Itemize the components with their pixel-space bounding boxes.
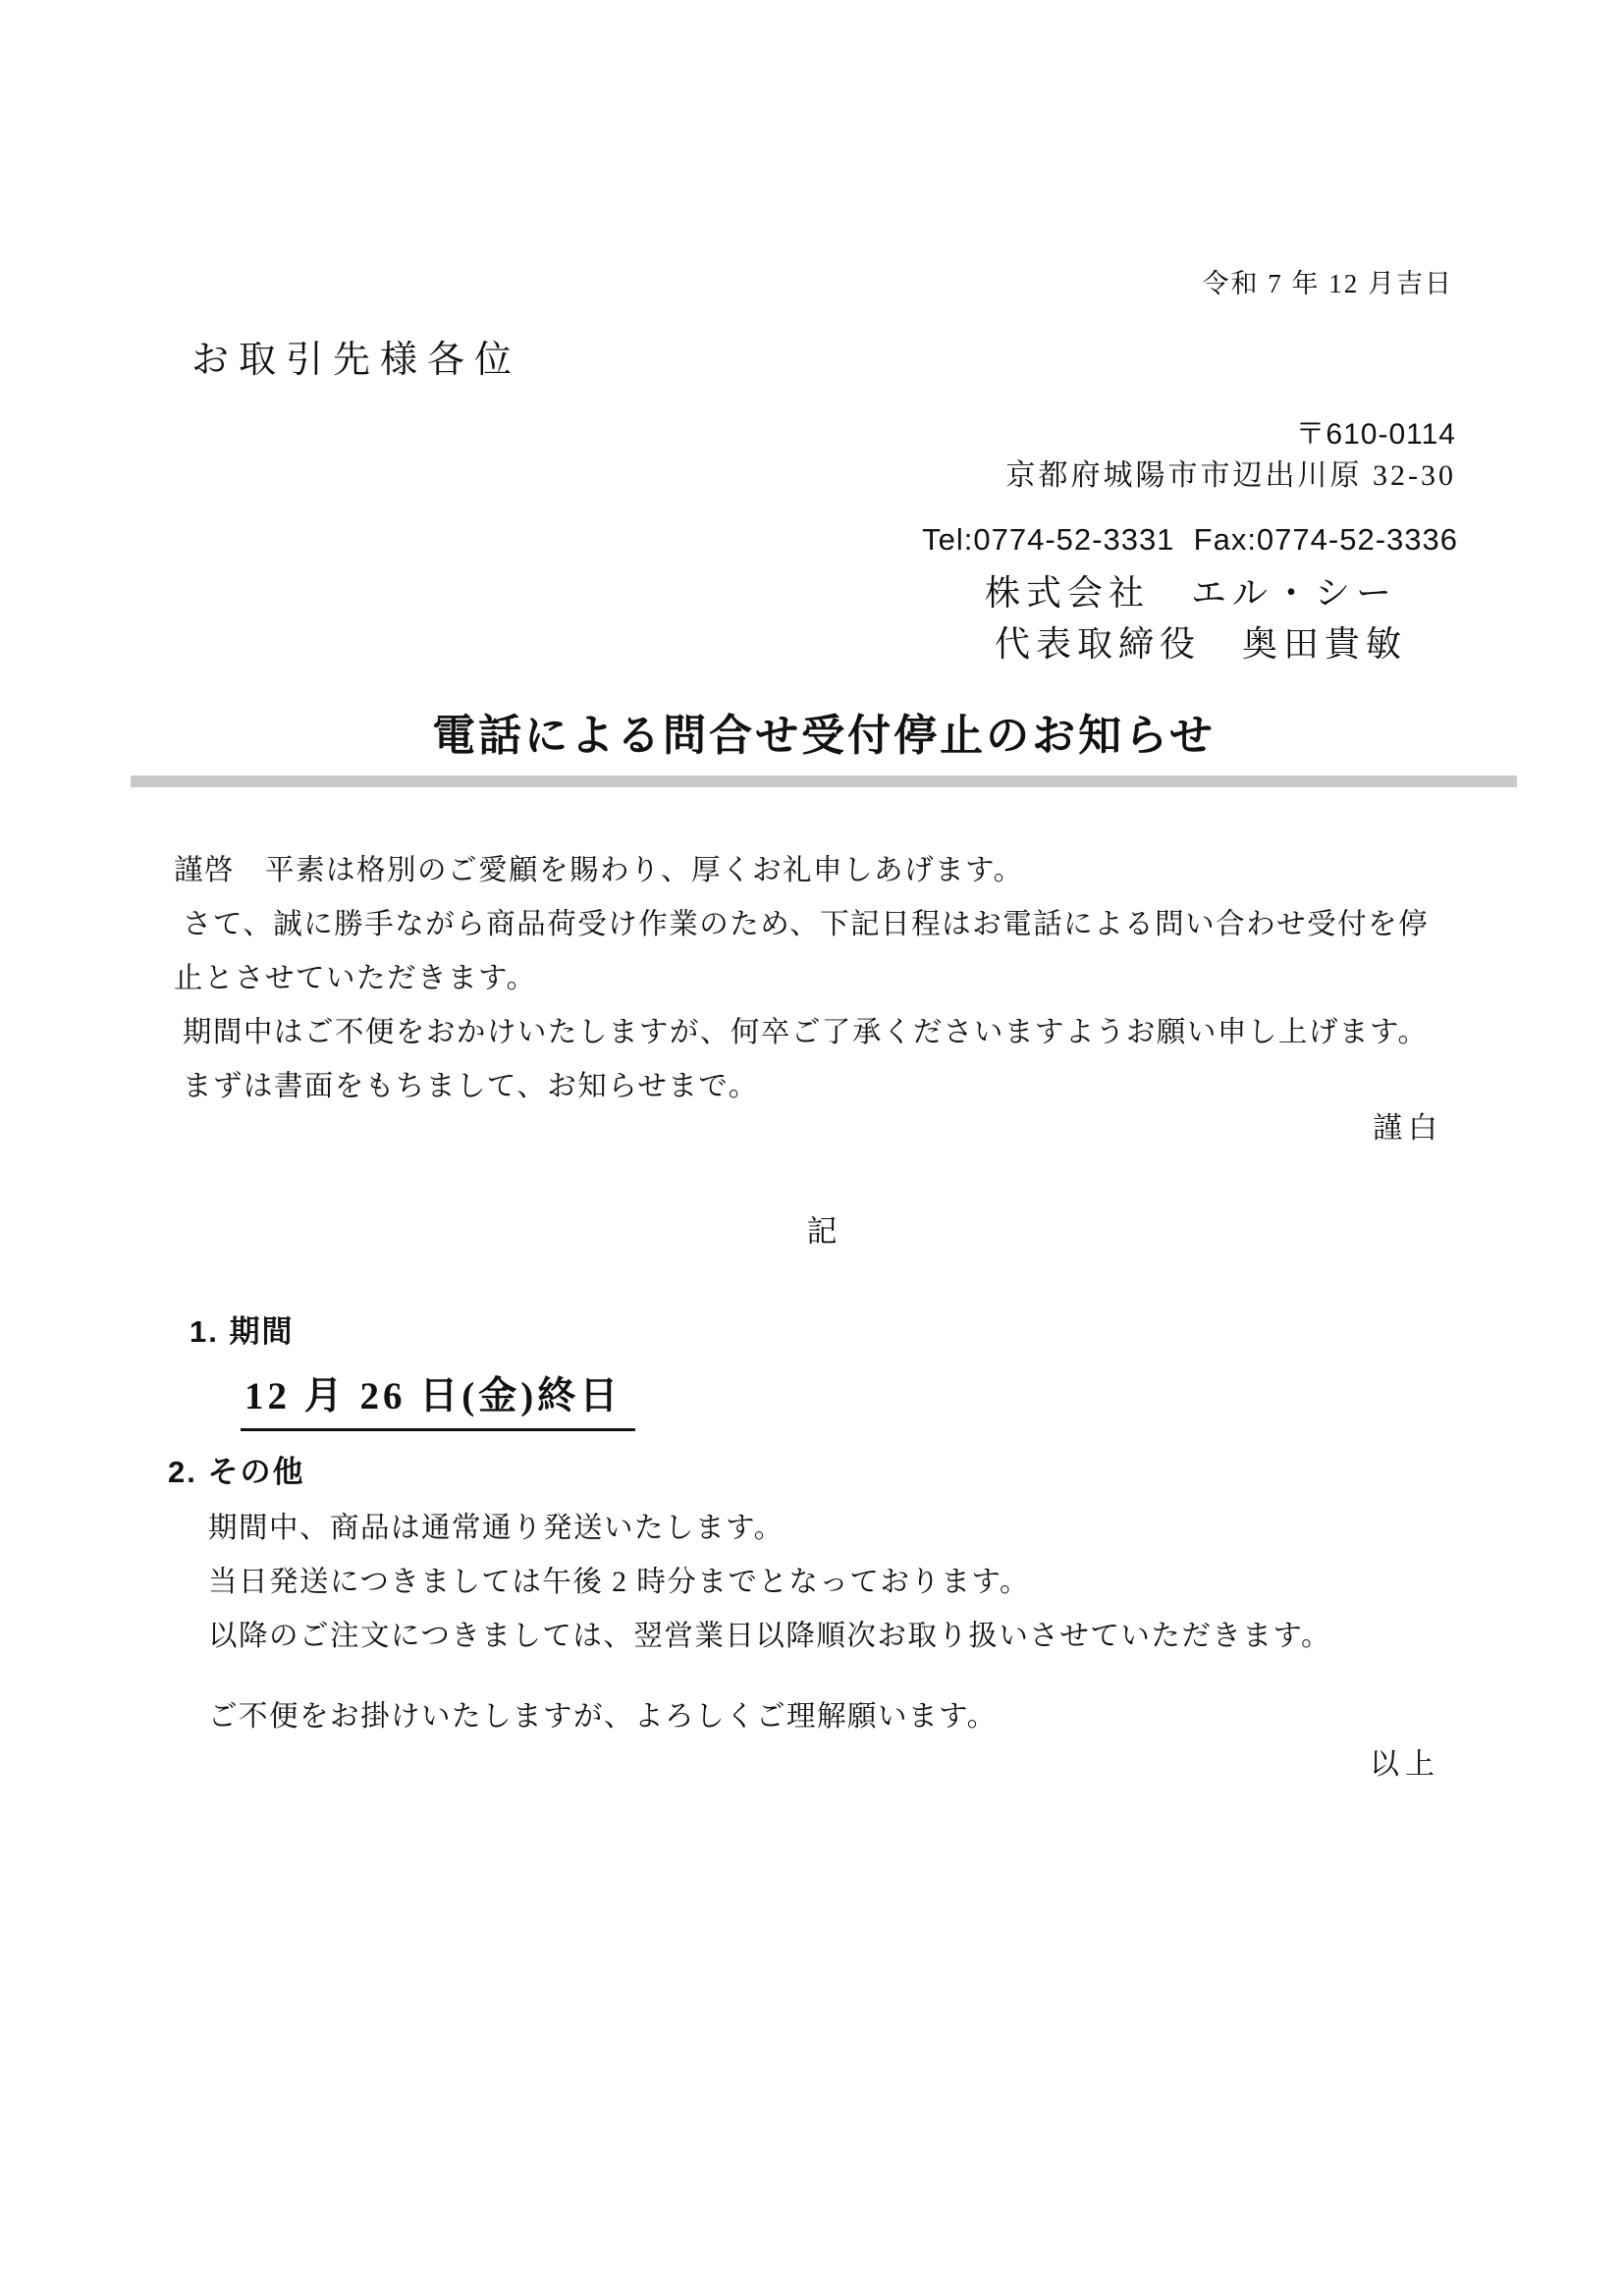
footer-marker: 以上: [131, 1744, 1440, 1786]
document-page: 令和 7 年 12 月吉日 お取引先様各位 〒610-0114 京都府城陽市市辺…: [0, 0, 1624, 2296]
body-text: 謹啓 平素は格別のご愛顧を賜わり、厚くお礼申しあげます。 さて、誠に勝手ながら商…: [174, 844, 1517, 1114]
section2-line: 当日発送につきましては午後 2 時分までとなっております。: [208, 1556, 1517, 1610]
closing-word: 謹白: [131, 1108, 1443, 1149]
representative-name: 代表取締役 奥田貴敏: [131, 618, 1407, 669]
suspension-period: 12 月 26 日(金)終日: [241, 1373, 635, 1431]
document-title: 電話による問合せ受付停止のお知らせ: [131, 709, 1517, 764]
section2-heading: 2. その他: [168, 1451, 1517, 1494]
record-marker: 記: [131, 1210, 1517, 1254]
section2-line: 期間中、商品は通常通り発送いたします。: [208, 1502, 1517, 1556]
body-line-greeting: 謹啓 平素は格別のご愛顧を賜わり、厚くお礼申しあげます。: [174, 844, 1517, 898]
sender-address: 京都府城陽市市辺出川原 32-30: [131, 455, 1456, 497]
sender-block: 〒610-0114 京都府城陽市市辺出川原 32-30 Tel:0774-52-…: [131, 414, 1517, 669]
title-divider-bar: [131, 775, 1517, 787]
body-line: 止とさせていただきます。: [174, 952, 1517, 1006]
section2-body: 期間中、商品は通常通り発送いたします。 当日発送につきましては午後 2 時分まで…: [208, 1502, 1517, 1744]
body-line: 期間中はご不便をおかけいたしますが、何卒ご了承くださいますようお願い申し上げます…: [174, 1006, 1517, 1060]
section1-heading: 1. 期間: [189, 1310, 1517, 1354]
tel-fax: Tel:0774-52-3331 Fax:0774-52-3336: [131, 518, 1458, 561]
company-name: 株式会社 エル・シー: [131, 567, 1397, 618]
body-line: まずは書面をもちまして、お知らせまで。: [174, 1060, 1517, 1114]
section2-line: ご不便をお掛けいたしますが、よろしくご理解願います。: [208, 1690, 1517, 1744]
suspension-period-line: 12 月 26 日(金)終日: [241, 1373, 1517, 1431]
document-date: 令和 7 年 12 月吉日: [131, 267, 1453, 300]
section2-line: 以降のご注文につきましては、翌営業日以降順次お取り扱いさせていただきます。: [208, 1610, 1517, 1664]
addressee: お取引先様各位: [191, 336, 1517, 385]
postal-code: 〒610-0114: [131, 414, 1456, 455]
body-line: さて、誠に勝手ながら商品荷受け作業のため、下記日程はお電話による問い合わせ受付を…: [174, 898, 1517, 952]
